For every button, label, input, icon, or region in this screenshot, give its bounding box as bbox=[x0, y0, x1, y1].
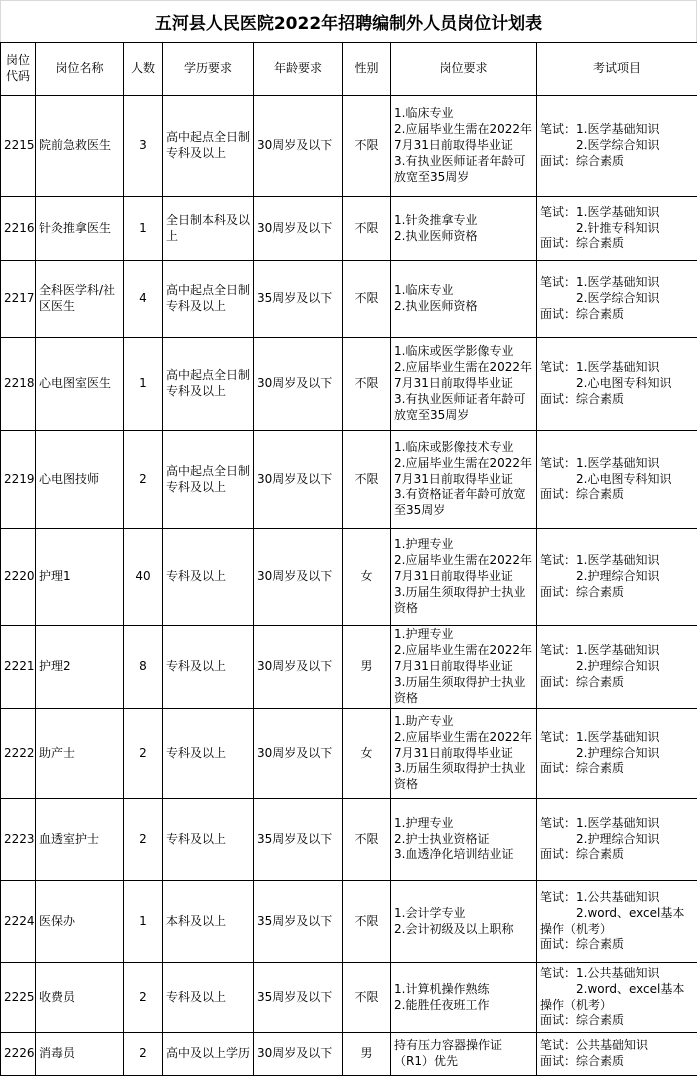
position-requirements-cell: 1.临床专业 2.执业医师资格 bbox=[391, 261, 537, 338]
education-requirement-cell: 专科及以上 bbox=[163, 963, 254, 1033]
table-row: 2226消毒员2高中及以上学历30周岁及以下男持有压力容器操作证（R1）优先笔试… bbox=[1, 1033, 697, 1076]
education-requirement-cell: 高中起点全日制专科及以上 bbox=[163, 96, 254, 197]
age-requirement-cell: 30周岁及以下 bbox=[254, 96, 343, 197]
position-requirements-cell: 1.护理专业 2.应届毕业生需在2022年7月31日前取得毕业证 3.历届生须取… bbox=[391, 529, 537, 626]
exam-subjects-cell: 笔试：1.医学基础知识 2.医学综合知识 面试：综合素质 bbox=[537, 261, 697, 338]
age-requirement-cell: 35周岁及以下 bbox=[254, 881, 343, 963]
age-requirement-cell: 35周岁及以下 bbox=[254, 799, 343, 881]
position-code-cell: 2222 bbox=[1, 709, 36, 799]
table-row: 2215院前急救医生3高中起点全日制专科及以上30周岁及以下不限1.临床专业 2… bbox=[1, 96, 697, 197]
exam-subjects-cell: 笔试：1.公共基础知识 2.word、excel基本操作（机考） 面试：综合素质 bbox=[537, 881, 697, 963]
position-requirements-cell: 1.计算机操作熟练 2.能胜任夜班工作 bbox=[391, 963, 537, 1033]
exam-subjects-cell: 笔试：1.医学基础知识 2.护理综合知识 面试：综合素质 bbox=[537, 799, 697, 881]
headcount-cell: 2 bbox=[124, 963, 163, 1033]
position-code-cell: 2217 bbox=[1, 261, 36, 338]
position-name-cell: 院前急救医生 bbox=[36, 96, 124, 197]
header-age: 年龄要求 bbox=[254, 43, 343, 96]
headcount-cell: 40 bbox=[124, 529, 163, 626]
position-name-cell: 全科医学科/社区医生 bbox=[36, 261, 124, 338]
position-requirements-cell: 持有压力容器操作证（R1）优先 bbox=[391, 1033, 537, 1076]
position-code-cell: 2216 bbox=[1, 197, 36, 261]
gender-cell: 不限 bbox=[343, 881, 391, 963]
exam-subjects-cell: 笔试：1.公共基础知识 2.word、excel基本操作（机考） 面试：综合素质 bbox=[537, 963, 697, 1033]
education-requirement-cell: 专科及以上 bbox=[163, 799, 254, 881]
gender-cell: 女 bbox=[343, 529, 391, 626]
position-name-cell: 血透室护士 bbox=[36, 799, 124, 881]
headcount-cell: 1 bbox=[124, 338, 163, 431]
position-code-cell: 2219 bbox=[1, 431, 36, 529]
headcount-cell: 1 bbox=[124, 197, 163, 261]
headcount-cell: 2 bbox=[124, 709, 163, 799]
recruitment-plan-page: 五河县人民医院2022年招聘编制外人员岗位计划表 岗位代码岗位名称人数学历要求年… bbox=[0, 0, 697, 1076]
position-name-cell: 医保办 bbox=[36, 881, 124, 963]
gender-cell: 不限 bbox=[343, 261, 391, 338]
headcount-cell: 4 bbox=[124, 261, 163, 338]
education-requirement-cell: 本科及以上 bbox=[163, 881, 254, 963]
education-requirement-cell: 专科及以上 bbox=[163, 709, 254, 799]
headcount-cell: 2 bbox=[124, 431, 163, 529]
exam-subjects-cell: 笔试：1.医学基础知识 2.护理综合知识 面试：综合素质 bbox=[537, 626, 697, 709]
position-requirements-cell: 1.针灸推拿专业 2.执业医师资格 bbox=[391, 197, 537, 261]
gender-cell: 不限 bbox=[343, 96, 391, 197]
position-name-cell: 消毒员 bbox=[36, 1033, 124, 1076]
table-row: 2224医保办1本科及以上35周岁及以下不限1.会计学专业 2.会计初级及以上职… bbox=[1, 881, 697, 963]
header-code: 岗位代码 bbox=[1, 43, 36, 96]
header-row: 岗位代码岗位名称人数学历要求年龄要求性别岗位要求考试项目 bbox=[1, 43, 697, 96]
age-requirement-cell: 30周岁及以下 bbox=[254, 431, 343, 529]
age-requirement-cell: 30周岁及以下 bbox=[254, 338, 343, 431]
position-requirements-cell: 1.临床专业 2.应届毕业生需在2022年7月31日前取得毕业证 3.有执业医师… bbox=[391, 96, 537, 197]
position-requirements-cell: 1.护理专业 2.应届毕业生需在2022年7月31日前取得毕业证 3.历届生须取… bbox=[391, 626, 537, 709]
education-requirement-cell: 高中起点全日制专科及以上 bbox=[163, 261, 254, 338]
education-requirement-cell: 专科及以上 bbox=[163, 529, 254, 626]
age-requirement-cell: 30周岁及以下 bbox=[254, 626, 343, 709]
table-row: 2217全科医学科/社区医生4高中起点全日制专科及以上35周岁及以下不限1.临床… bbox=[1, 261, 697, 338]
table-row: 2223血透室护士2专科及以上35周岁及以下不限1.护理专业 2.护士执业资格证… bbox=[1, 799, 697, 881]
table-body: 2215院前急救医生3高中起点全日制专科及以上30周岁及以下不限1.临床专业 2… bbox=[1, 96, 697, 1076]
exam-subjects-cell: 笔试：公共基础知识 面试：综合素质 bbox=[537, 1033, 697, 1076]
position-name-cell: 助产士 bbox=[36, 709, 124, 799]
headcount-cell: 3 bbox=[124, 96, 163, 197]
header-exam: 考试项目 bbox=[537, 43, 697, 96]
position-code-cell: 2226 bbox=[1, 1033, 36, 1076]
gender-cell: 不限 bbox=[343, 799, 391, 881]
education-requirement-cell: 专科及以上 bbox=[163, 626, 254, 709]
exam-subjects-cell: 笔试：1.医学基础知识 2.针推专科知识 面试：综合素质 bbox=[537, 197, 697, 261]
age-requirement-cell: 30周岁及以下 bbox=[254, 709, 343, 799]
education-requirement-cell: 全日制本科及以上 bbox=[163, 197, 254, 261]
gender-cell: 女 bbox=[343, 709, 391, 799]
gender-cell: 男 bbox=[343, 1033, 391, 1076]
exam-subjects-cell: 笔试：1.医学基础知识 2.心电图专科知识 面试：综合素质 bbox=[537, 431, 697, 529]
position-name-cell: 护理1 bbox=[36, 529, 124, 626]
age-requirement-cell: 35周岁及以下 bbox=[254, 261, 343, 338]
table-row: 2222助产士2专科及以上30周岁及以下女1.助产专业 2.应届毕业生需在202… bbox=[1, 709, 697, 799]
education-requirement-cell: 高中起点全日制专科及以上 bbox=[163, 338, 254, 431]
headcount-cell: 2 bbox=[124, 1033, 163, 1076]
gender-cell: 不限 bbox=[343, 431, 391, 529]
headcount-cell: 1 bbox=[124, 881, 163, 963]
exam-subjects-cell: 笔试：1.医学基础知识 2.护理综合知识 面试：综合素质 bbox=[537, 529, 697, 626]
gender-cell: 男 bbox=[343, 626, 391, 709]
position-code-cell: 2221 bbox=[1, 626, 36, 709]
header-name: 岗位名称 bbox=[36, 43, 124, 96]
table-row: 2220护理140专科及以上30周岁及以下女1.护理专业 2.应届毕业生需在20… bbox=[1, 529, 697, 626]
exam-subjects-cell: 笔试：1.医学基础知识 2.医学综合知识 面试：综合素质 bbox=[537, 96, 697, 197]
table-row: 2216针灸推拿医生1全日制本科及以上30周岁及以下不限1.针灸推拿专业 2.执… bbox=[1, 197, 697, 261]
education-requirement-cell: 高中起点全日制专科及以上 bbox=[163, 431, 254, 529]
position-name-cell: 收费员 bbox=[36, 963, 124, 1033]
age-requirement-cell: 35周岁及以下 bbox=[254, 963, 343, 1033]
age-requirement-cell: 30周岁及以下 bbox=[254, 1033, 343, 1076]
position-code-cell: 2225 bbox=[1, 963, 36, 1033]
exam-subjects-cell: 笔试：1.医学基础知识 2.护理综合知识 面试：综合素质 bbox=[537, 709, 697, 799]
position-name-cell: 心电图技师 bbox=[36, 431, 124, 529]
position-name-cell: 心电图室医生 bbox=[36, 338, 124, 431]
header-count: 人数 bbox=[124, 43, 163, 96]
page-title: 五河县人民医院2022年招聘编制外人员岗位计划表 bbox=[0, 0, 697, 42]
header-requirements: 岗位要求 bbox=[391, 43, 537, 96]
table-header: 岗位代码岗位名称人数学历要求年龄要求性别岗位要求考试项目 bbox=[1, 43, 697, 96]
positions-table: 岗位代码岗位名称人数学历要求年龄要求性别岗位要求考试项目 2215院前急救医生3… bbox=[0, 42, 697, 1076]
position-code-cell: 2218 bbox=[1, 338, 36, 431]
age-requirement-cell: 30周岁及以下 bbox=[254, 197, 343, 261]
age-requirement-cell: 30周岁及以下 bbox=[254, 529, 343, 626]
gender-cell: 不限 bbox=[343, 338, 391, 431]
position-code-cell: 2215 bbox=[1, 96, 36, 197]
table-row: 2219心电图技师2高中起点全日制专科及以上30周岁及以下不限1.临床或影像技术… bbox=[1, 431, 697, 529]
headcount-cell: 8 bbox=[124, 626, 163, 709]
position-code-cell: 2223 bbox=[1, 799, 36, 881]
position-requirements-cell: 1.临床或医学影像专业 2.应届毕业生需在2022年7月31日前取得毕业证 3.… bbox=[391, 338, 537, 431]
position-requirements-cell: 1.会计学专业 2.会计初级及以上职称 bbox=[391, 881, 537, 963]
position-requirements-cell: 1.临床或影像技术专业 2.应届毕业生需在2022年7月31日前取得毕业证 3.… bbox=[391, 431, 537, 529]
header-education: 学历要求 bbox=[163, 43, 254, 96]
table-row: 2221护理28专科及以上30周岁及以下男1.护理专业 2.应届毕业生需在202… bbox=[1, 626, 697, 709]
headcount-cell: 2 bbox=[124, 799, 163, 881]
gender-cell: 不限 bbox=[343, 963, 391, 1033]
position-name-cell: 针灸推拿医生 bbox=[36, 197, 124, 261]
position-name-cell: 护理2 bbox=[36, 626, 124, 709]
education-requirement-cell: 高中及以上学历 bbox=[163, 1033, 254, 1076]
table-row: 2218心电图室医生1高中起点全日制专科及以上30周岁及以下不限1.临床或医学影… bbox=[1, 338, 697, 431]
gender-cell: 不限 bbox=[343, 197, 391, 261]
header-gender: 性别 bbox=[343, 43, 391, 96]
table-row: 2225收费员2专科及以上35周岁及以下不限1.计算机操作熟练 2.能胜任夜班工… bbox=[1, 963, 697, 1033]
position-requirements-cell: 1.护理专业 2.护士执业资格证 3.血透净化培训结业证 bbox=[391, 799, 537, 881]
position-code-cell: 2224 bbox=[1, 881, 36, 963]
exam-subjects-cell: 笔试：1.医学基础知识 2.心电图专科知识 面试：综合素质 bbox=[537, 338, 697, 431]
position-requirements-cell: 1.助产专业 2.应届毕业生需在2022年7月31日前取得毕业证 3.历届生须取… bbox=[391, 709, 537, 799]
position-code-cell: 2220 bbox=[1, 529, 36, 626]
